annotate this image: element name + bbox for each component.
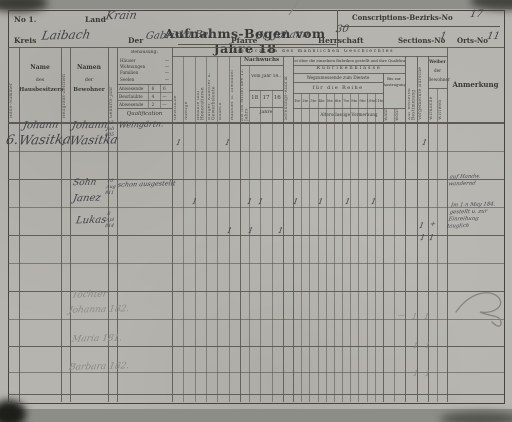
summary-line: Familien— [120,70,169,75]
grid-line [8,394,504,395]
owner-label-line2: des [19,75,61,86]
grid-line [350,93,351,402]
pfarre-value: St. Johann [255,29,310,41]
class-word: Rubrikenklasse [293,66,405,71]
status-column-label: Bürger, Künstler u. Gewerbsleute [208,58,217,120]
weiber-col-wirkliche: Wirkliche [430,90,435,120]
grid-line [260,90,261,402]
grid-line [8,47,504,48]
summary-line-value: — [165,70,169,75]
grid-line [240,65,283,66]
kreis-value: Laibach [41,27,92,42]
orts-value: 11 [486,31,501,42]
age-cell: 4te [318,98,326,103]
grid-line [148,84,149,108]
nachwuchs-unit-label: Jahre [249,110,283,115]
bis-col-wann: Wann [385,109,390,121]
scan-smudge-bottom-right [440,412,512,422]
classification-note: Ist über die einzelnen Rubriken gestellt… [293,58,405,63]
year-cell: 18 [249,95,260,101]
scan-top-edge [0,0,512,9]
grid-line [172,47,173,402]
bis-col-wohin: Wohin [396,109,401,121]
age-cell: 5te [326,98,334,103]
handwriting-entry-pencil: Johanna 182. [68,304,130,316]
date-line: 811 [104,191,114,197]
summary-line: Seelen— [120,77,169,82]
handwriting-entry: schon ausgestellt [117,179,176,188]
streif-column-label: Streifungs-Rubrik [285,58,290,120]
anmerkung-column-label: Anmerkung [447,80,504,89]
grid-line [293,73,405,74]
age-cell: 8te [350,98,358,103]
status-column-label: Häusler u. Inwohner [231,58,240,120]
qualification-label: Qualification [117,111,172,117]
grid-line [326,93,327,402]
grid-line [293,65,405,66]
nachwuchs-from-label: Vom Jahr 18.. [249,74,283,79]
summary-mini-a: 2 [147,102,159,107]
right-col-bestimmung: Zur weiteren Bestimmung [408,58,417,120]
nachwuchs-title: Nachwuchs [240,57,283,63]
weg-line: Wegzumessende zum Dienste [293,75,383,80]
summary-mini-row: Abwesende2— [119,102,171,107]
summary-mini-label: Abwesende [119,102,147,107]
grid-line [428,88,447,89]
grid-line [8,319,504,320]
conscription-district-value: 17 [469,9,484,20]
handwriting-entry-pencil: Barbara 182. [68,361,130,373]
grid-line [301,93,302,402]
handwriting-entry: Weingärtn. [118,119,165,129]
grid-line [19,47,20,402]
age-cell: 2te [301,98,309,103]
herrschaft-label: Herrschaft [318,36,364,45]
grid-line [240,56,241,402]
residents-label-line3: Bewohner [70,85,108,97]
status-column-label: Geistliche [174,58,183,120]
form-title-year: 30 [335,24,350,35]
bis-line2: Austragung [383,82,405,88]
age-cell: 6te [334,98,342,103]
grid-line [117,100,172,101]
age-cell: 11te [375,98,383,103]
weiber-box-label: Weiber der Bewohner [428,58,447,85]
classification-span-title: Classification des männlichen Geschlecht… [172,49,447,54]
grid-line [309,93,310,402]
summary-line-label: Wohnungen [120,64,145,69]
summary-mini-row: Anwesende66 [119,86,171,91]
summary-line-value: — [165,77,169,82]
summary-line: Häuser— [120,58,169,63]
summary-line-label: Seelen [120,77,134,82]
grid-line [394,108,395,402]
residents-label-line1: Namen [70,62,108,75]
grid-line [8,207,504,208]
religion-column-label: Religions-Zeichen [63,58,68,118]
grid-line [8,151,504,152]
handwriting-entry-pencil: Tochter [71,290,108,301]
scanned-conscription-form: No 1. Land Krain Conscriptions-Bezirks-N… [0,0,512,422]
reihe-line: für die Reihe [293,85,383,91]
age-cell: 10te [367,98,375,103]
summary-mini-label: Beurlaubte [119,94,147,99]
date-line: 805 [104,133,114,139]
owner-label-line1: Name [19,62,61,75]
age-cell: 9te [358,98,366,103]
der-label: Der [128,36,143,45]
summary-line-value: — [165,64,169,69]
grid-line [217,56,218,402]
handwriting-entry: Sohn [72,178,97,189]
house-number-column-label: Haus-Nummer [10,58,15,118]
grid-line [437,88,438,402]
grid-line [117,108,172,109]
handwriting-entry-pencil: Maria 181. [71,333,123,344]
weiber-line2: der [428,67,447,76]
summary-line-value: — [165,58,169,63]
grid-line [428,56,429,402]
grid-line [117,92,172,93]
weiber-line3: Bewohner [428,76,447,85]
grid-line [249,107,283,108]
age-cell: 3te [309,98,317,103]
handwriting-entry: Janez [72,193,102,205]
grid-line [272,90,273,402]
handwriting-entry: Lukas [75,215,107,227]
grid-line [293,93,383,94]
summary-line: Wohnungen— [120,64,169,69]
kreis-label: Kreis [14,36,36,45]
owner-label-line3: Hausbesitzers [19,85,61,97]
age-cell: 1te [293,98,301,103]
residents-label-line2: der [70,75,108,86]
scan-bottom-edge [0,409,512,422]
grid-line [172,56,447,57]
note-line: wandernd [448,181,480,189]
grid-line [334,93,335,402]
conscription-district-label: Conscriptions-Bezirks-No [352,13,453,22]
owner-column-label: Name des Hausbesitzers [19,62,61,97]
weiber-col-wittwen: Wittwen [439,90,444,120]
right-col-vorgemerkte: Vorgemerkte Bursche [419,58,424,120]
summary-mini-label: Anwesende [119,86,147,91]
age-cell: 7te [342,98,350,103]
summary-mini-a: 6 [147,86,159,91]
summary-mini-a: 4 [147,94,159,99]
weiber-line1: Weiber [428,58,447,67]
year-cell: 17 [260,95,271,101]
pfarre-label: Pfarre [231,36,257,45]
summary-box-title: Behausung: [117,50,172,55]
grid-line [8,263,504,264]
land-label: Land [85,15,106,24]
orts-label: Orts-No [457,36,488,45]
grid-line [160,84,161,108]
summary-line-label: Familien [120,70,138,75]
grid-line [61,47,62,402]
grid-line [375,93,376,402]
ort-value: Gabriska Ber [145,29,214,42]
grid-line [195,56,196,402]
summary-line-label: Häuser [120,58,135,63]
bis-box-label: Bis zur Austragung [383,76,405,88]
summary-mini-row: Beurlaubte4— [119,94,171,99]
sheet-number: No 1. [14,15,36,24]
handwriting-note: Im 1.n May 184.gestellt u. zurEinreihung… [446,201,496,231]
handwriting-note: auf Handw.wandernd [448,174,481,189]
land-value: Krain [105,9,138,23]
year-cell: 16 [272,95,283,101]
handwriting-entry: Johann [22,120,60,132]
status-column-label: Beamte und Honoratioren [197,58,206,120]
grid-line [206,56,207,402]
grid-line [293,108,405,109]
status-column-label: Adelige [185,58,194,120]
grid-line [70,47,71,402]
conscription-underline [342,26,500,27]
handwriting-entry: Johann [71,120,109,132]
residents-column-label: Namen der Bewohner [70,62,108,97]
grid-line [358,93,359,402]
date-line: 814 [104,224,114,230]
grid-line [293,82,383,83]
pencil-flourish [452,286,504,330]
grid-line [342,93,343,402]
status-column-label: Bauern [219,58,228,120]
grid-line [367,93,368,402]
note-line: tauglich [446,223,492,231]
grid-line [405,56,406,402]
grid-line [183,56,184,402]
grid-line [117,84,172,85]
birth-year-column-label: Geburts-Jahr [110,58,115,118]
grid-line [249,90,283,91]
grid-line [318,93,319,402]
